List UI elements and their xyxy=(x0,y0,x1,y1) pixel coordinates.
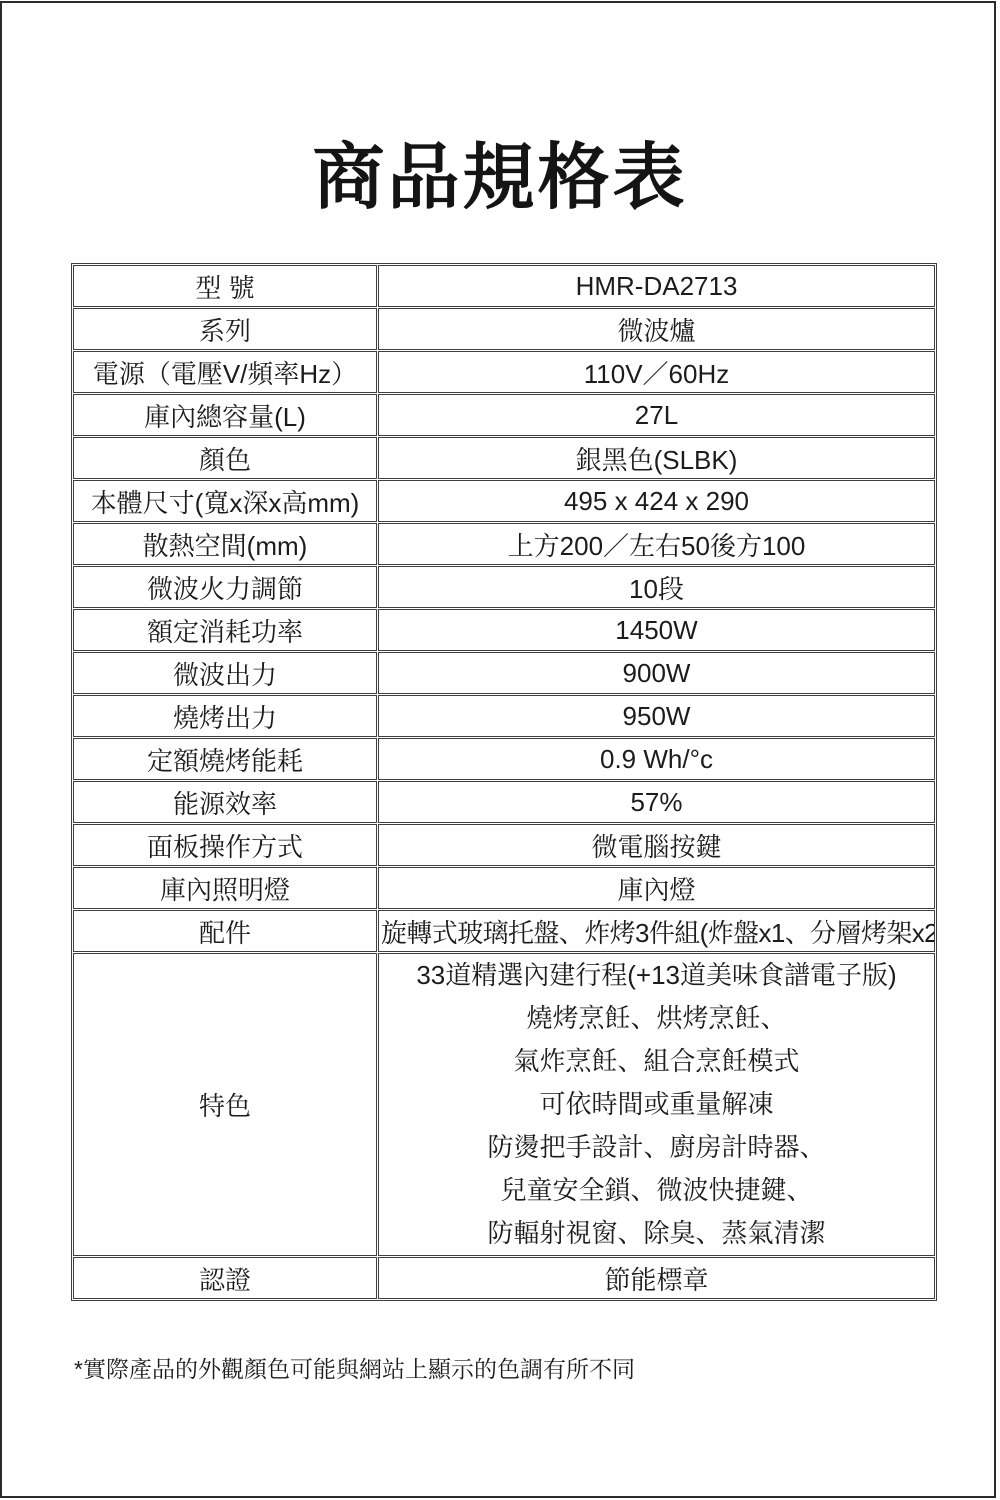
spec-sheet-page: 商品規格表 型 號 HMR-DA2713 系列 微波爐 電源（電壓V/頻率Hz）… xyxy=(0,0,1000,1500)
feature-line: 33道精選內建行程(+13道美味食譜電子版) xyxy=(381,954,932,997)
feature-line: 防燙把手設計、廚房計時器、 xyxy=(381,1126,932,1169)
row-label: 系列 xyxy=(73,308,377,350)
table-row: 電源（電壓V/頻率Hz） 110V／60Hz xyxy=(73,351,935,393)
table-row: 微波火力調節 10段 xyxy=(73,566,935,608)
table-row: 配件 旋轉式玻璃托盤、炸烤3件組(炸盤x1、分層烤架x2) xyxy=(73,910,935,952)
table-row: 系列 微波爐 xyxy=(73,308,935,350)
row-label: 型 號 xyxy=(73,265,377,307)
table-row: 本體尺寸(寬x深x高mm) 495 x 424 x 290 xyxy=(73,480,935,522)
feature-line: 燒烤烹飪、烘烤烹飪、 xyxy=(381,997,932,1040)
feature-line: 兒童安全鎖、微波快捷鍵、 xyxy=(381,1169,932,1212)
footnote: *實際產品的外觀顏色可能與網站上顯示的色調有所不同 xyxy=(74,1351,1000,1384)
table-row: 微波出力 900W xyxy=(73,652,935,694)
row-value: 銀黑色(SLBK) xyxy=(378,437,935,479)
row-label: 燒烤出力 xyxy=(73,695,377,737)
row-value: 節能標章 xyxy=(378,1257,935,1299)
table-row: 定額燒烤能耗 0.9 Wh/°c xyxy=(73,738,935,780)
row-label: 微波火力調節 xyxy=(73,566,377,608)
row-value: HMR-DA2713 xyxy=(378,265,935,307)
row-value: 1450W xyxy=(378,609,935,651)
table-row: 面板操作方式 微電腦按鍵 xyxy=(73,824,935,866)
row-value: 495 x 424 x 290 xyxy=(378,480,935,522)
feature-line: 氣炸烹飪、組合烹飪模式 xyxy=(381,1040,932,1083)
row-value: 旋轉式玻璃托盤、炸烤3件組(炸盤x1、分層烤架x2) xyxy=(378,910,935,952)
row-label: 認證 xyxy=(73,1257,377,1299)
row-label: 庫內總容量(L) xyxy=(73,394,377,436)
row-label: 額定消耗功率 xyxy=(73,609,377,651)
row-value: 27L xyxy=(378,394,935,436)
feature-line: 防輻射視窗、除臭、蒸氣清潔 xyxy=(381,1212,932,1255)
row-value: 110V／60Hz xyxy=(378,351,935,393)
row-label: 電源（電壓V/頻率Hz） xyxy=(73,351,377,393)
row-label: 定額燒烤能耗 xyxy=(73,738,377,780)
row-label: 特色 xyxy=(73,953,377,1256)
row-label: 面板操作方式 xyxy=(73,824,377,866)
row-value-features: 33道精選內建行程(+13道美味食譜電子版) 燒烤烹飪、烘烤烹飪、 氣炸烹飪、組… xyxy=(378,953,935,1256)
row-value: 微電腦按鍵 xyxy=(378,824,935,866)
table-row-features: 特色 33道精選內建行程(+13道美味食譜電子版) 燒烤烹飪、烘烤烹飪、 氣炸烹… xyxy=(73,953,935,1256)
row-value: 微波爐 xyxy=(378,308,935,350)
table-row: 燒烤出力 950W xyxy=(73,695,935,737)
row-label: 微波出力 xyxy=(73,652,377,694)
table-row: 型 號 HMR-DA2713 xyxy=(73,265,935,307)
row-label: 本體尺寸(寬x深x高mm) xyxy=(73,480,377,522)
table-row: 庫內總容量(L) 27L xyxy=(73,394,935,436)
feature-line: 可依時間或重量解凍 xyxy=(381,1083,932,1126)
row-label: 庫內照明燈 xyxy=(73,867,377,909)
spec-table: 型 號 HMR-DA2713 系列 微波爐 電源（電壓V/頻率Hz） 110V／… xyxy=(71,263,937,1301)
table-row-cert: 認證 節能標章 xyxy=(73,1257,935,1299)
row-label: 配件 xyxy=(73,910,377,952)
row-value: 950W xyxy=(378,695,935,737)
row-value: 0.9 Wh/°c xyxy=(378,738,935,780)
row-value: 900W xyxy=(378,652,935,694)
page-title: 商品規格表 xyxy=(0,0,1000,218)
table-row: 能源效率 57% xyxy=(73,781,935,823)
row-value: 57% xyxy=(378,781,935,823)
table-row: 額定消耗功率 1450W xyxy=(73,609,935,651)
row-value: 庫內燈 xyxy=(378,867,935,909)
table-row: 顏色 銀黑色(SLBK) xyxy=(73,437,935,479)
row-label: 散熱空間(mm) xyxy=(73,523,377,565)
row-label: 顏色 xyxy=(73,437,377,479)
row-label: 能源效率 xyxy=(73,781,377,823)
table-row: 散熱空間(mm) 上方200／左右50後方100 xyxy=(73,523,935,565)
row-value: 上方200／左右50後方100 xyxy=(378,523,935,565)
table-row: 庫內照明燈 庫內燈 xyxy=(73,867,935,909)
row-value: 10段 xyxy=(378,566,935,608)
